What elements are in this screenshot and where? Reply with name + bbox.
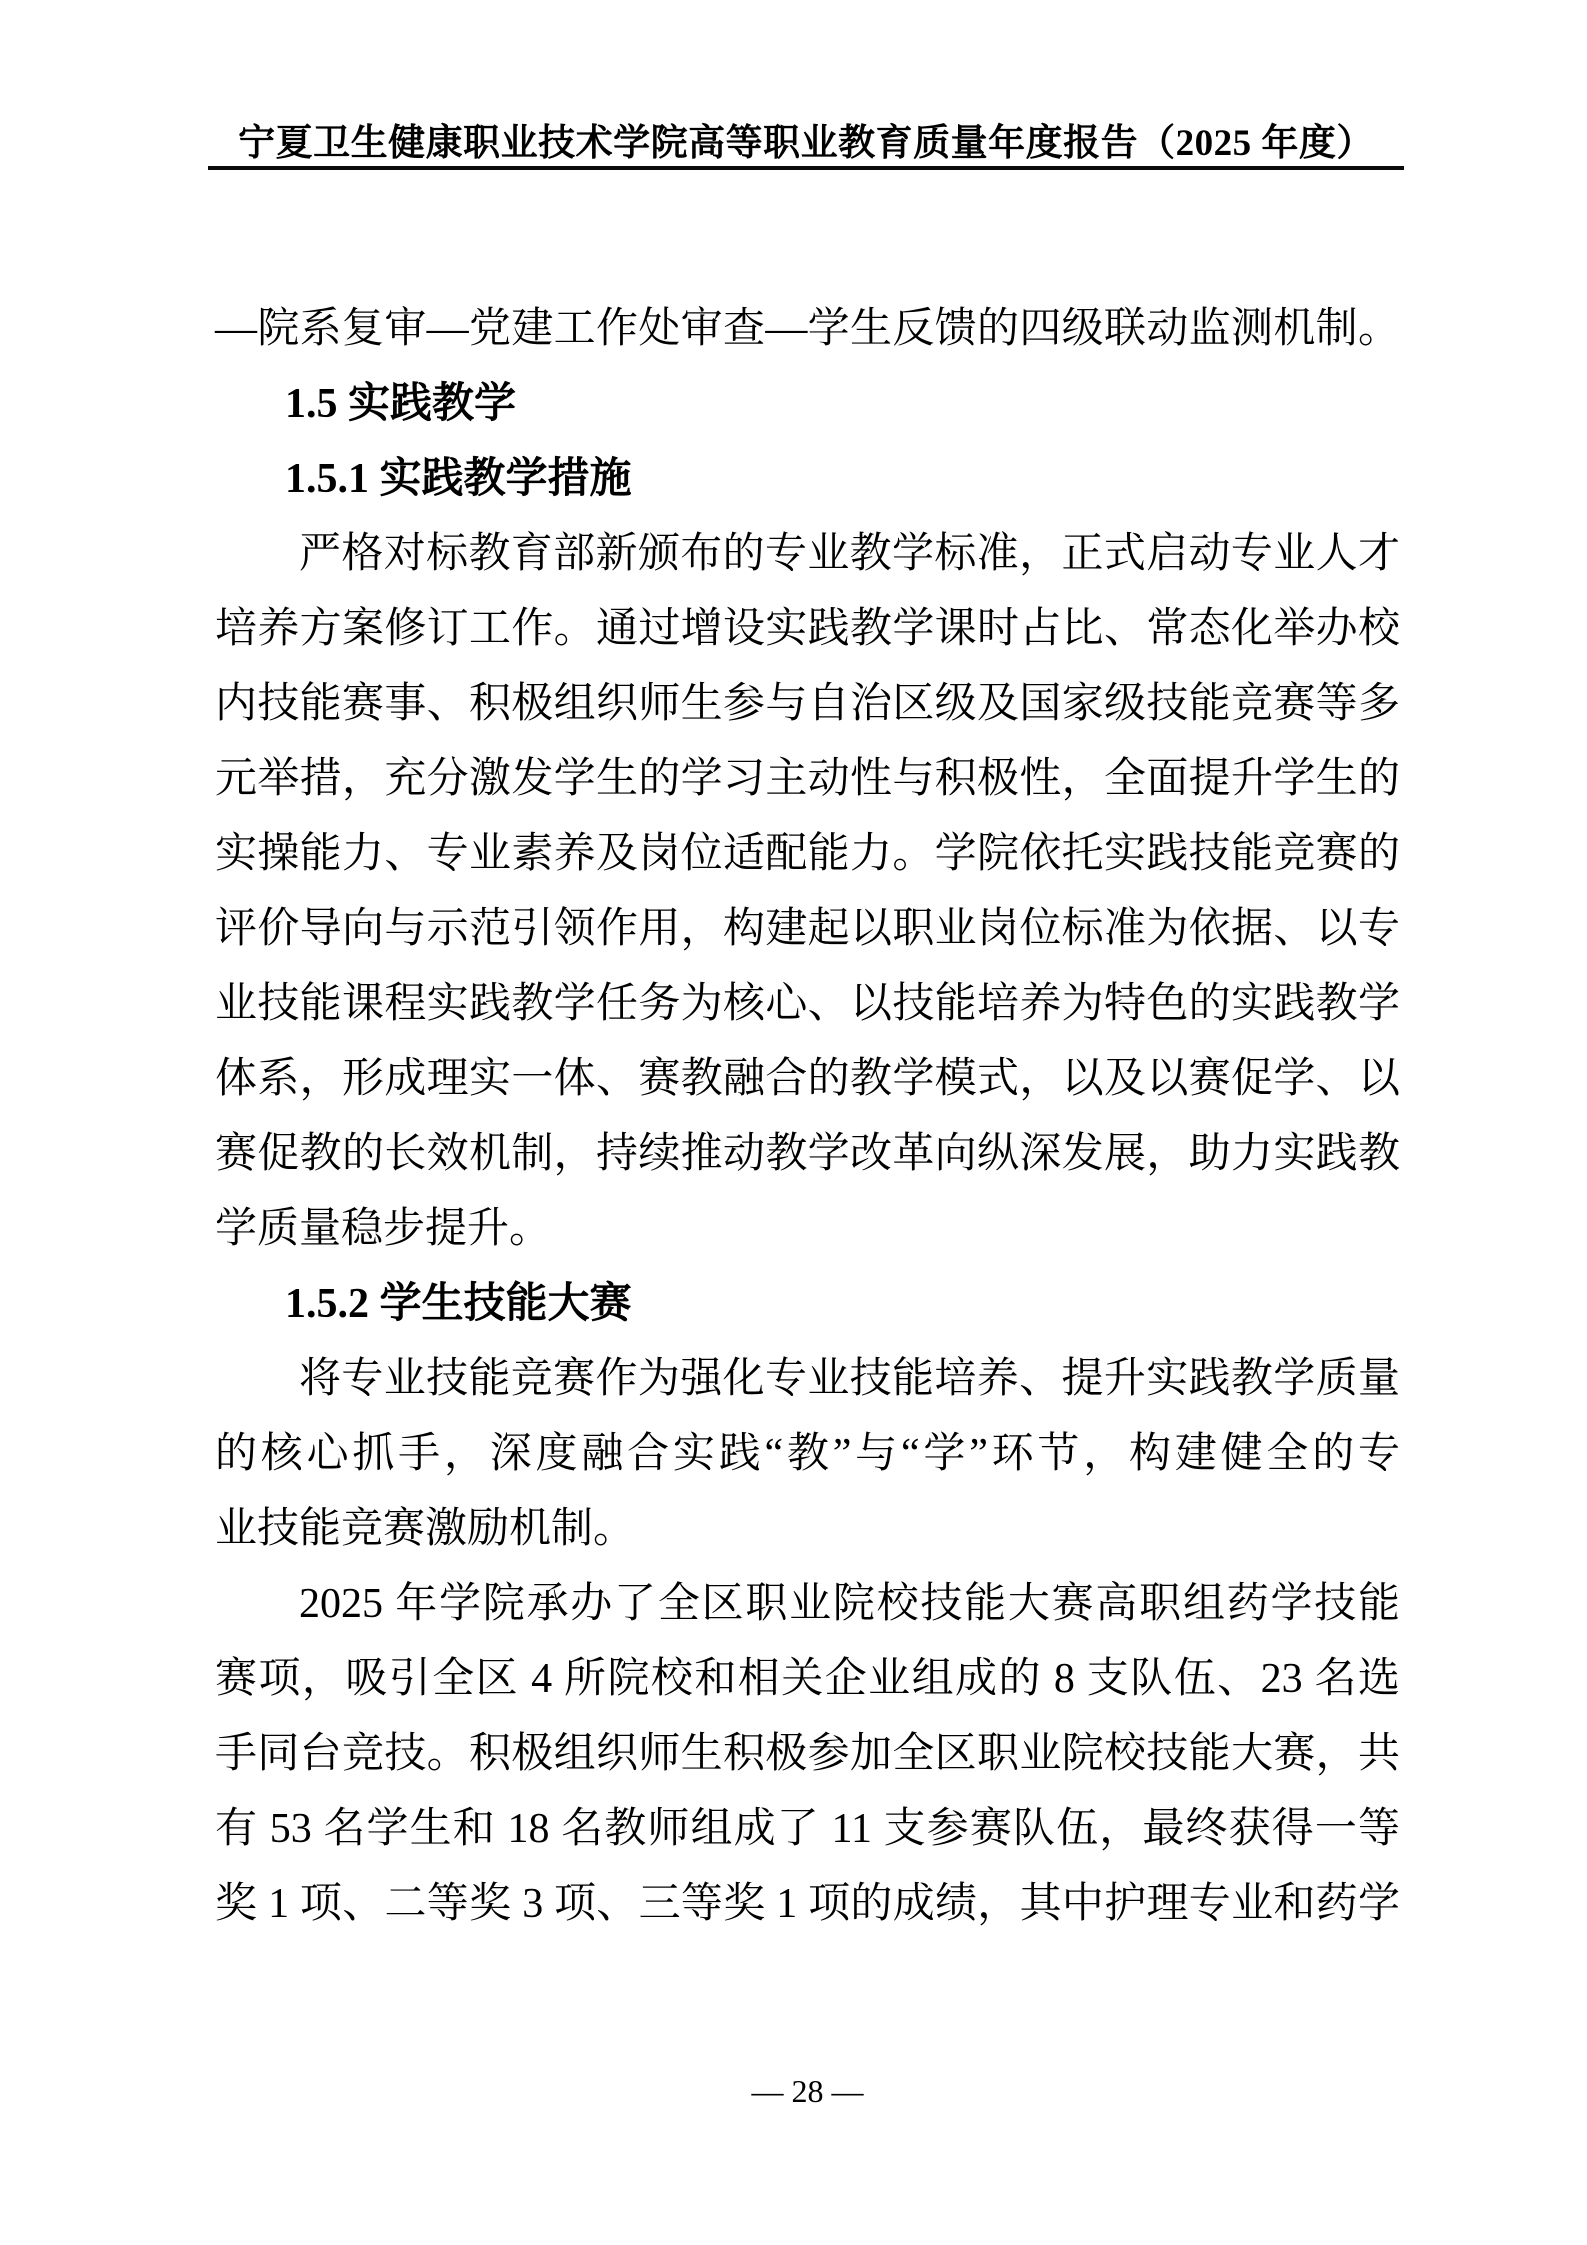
para-monitoring-mechanism: —院系复审—党建工作处审查—学生反馈的四级联动监测机制。 (215, 292, 1400, 367)
text-line: 业技能竞赛激励机制。 (215, 1492, 1400, 1567)
text-line: 学质量稳步提升。 (215, 1192, 1400, 1267)
heading-1-5: 1.5 实践教学 (215, 367, 1400, 442)
para-practice-teaching-measures: 严格对标教育部新颁布的专业教学标准，正式启动专业人才培养方案修订工作。通过增设实… (215, 517, 1400, 1267)
report-page: 宁夏卫生健康职业技术学院高等职业教育质量年度报告（2025 年度） —院系复审—… (0, 0, 1587, 2245)
text-line: 赛项，吸引全区 4 所院校和相关企业组成的 8 支队伍、23 名选 (215, 1642, 1400, 1717)
para-skill-competition-2025: 2025 年学院承办了全区职业院校技能大赛高职组药学技能赛项，吸引全区 4 所院… (215, 1567, 1400, 1942)
para-skill-competition-intro: 将专业技能竞赛作为强化专业技能培养、提升实践教学质量的核心抓手，深度融合实践“教… (215, 1342, 1400, 1567)
text-line: 将专业技能竞赛作为强化专业技能培养、提升实践教学质量 (215, 1342, 1400, 1417)
text-line: 奖 1 项、二等奖 3 项、三等奖 1 项的成绩，其中护理专业和药学 (215, 1867, 1400, 1942)
text-line: 严格对标教育部新颁布的专业教学标准，正式启动专业人才 (215, 517, 1400, 592)
text-line: 有 53 名学生和 18 名教师组成了 11 支参赛队伍，最终获得一等 (215, 1792, 1400, 1867)
page-number: — 28 — (752, 2073, 864, 2109)
text-line: 2025 年学院承办了全区职业院校技能大赛高职组药学技能 (215, 1567, 1400, 1642)
heading-1-5-1: 1.5.1 实践教学措施 (215, 442, 1400, 517)
text-line: 实操能力、专业素养及岗位适配能力。学院依托实践技能竞赛的 (215, 817, 1400, 892)
text-line: 业技能课程实践教学任务为核心、以技能培养为特色的实践教学 (215, 967, 1400, 1042)
text-line: —院系复审—党建工作处审查—学生反馈的四级联动监测机制。 (215, 292, 1400, 367)
text-line: 元举措，充分激发学生的学习主动性与积极性，全面提升学生的 (215, 742, 1400, 817)
header-rule (208, 166, 1404, 170)
text-line: 评价导向与示范引领作用，构建起以职业岗位标准为依据、以专 (215, 892, 1400, 967)
text-line: 的核心抓手，深度融合实践“教”与“学”环节，构建健全的专 (215, 1417, 1400, 1492)
text-line: 培养方案修订工作。通过增设实践教学课时占比、常态化举办校 (215, 592, 1400, 667)
document-body: —院系复审—党建工作处审查—学生反馈的四级联动监测机制。1.5 实践教学1.5.… (215, 292, 1400, 1942)
text-line: 赛促教的长效机制，持续推动教学改革向纵深发展，助力实践教 (215, 1117, 1400, 1192)
text-line: 手同台竞技。积极组织师生积极参加全区职业院校技能大赛，共 (215, 1717, 1400, 1792)
text-line: 内技能赛事、积极组织师生参与自治区级及国家级技能竞赛等多 (215, 667, 1400, 742)
text-line: 体系，形成理实一体、赛教融合的教学模式，以及以赛促学、以 (215, 1042, 1400, 1117)
heading-1-5-2: 1.5.2 学生技能大赛 (215, 1267, 1400, 1342)
page-footer: — 28 — (215, 2073, 1400, 2110)
page-header-title: 宁夏卫生健康职业技术学院高等职业教育质量年度报告（2025 年度） (208, 112, 1404, 166)
